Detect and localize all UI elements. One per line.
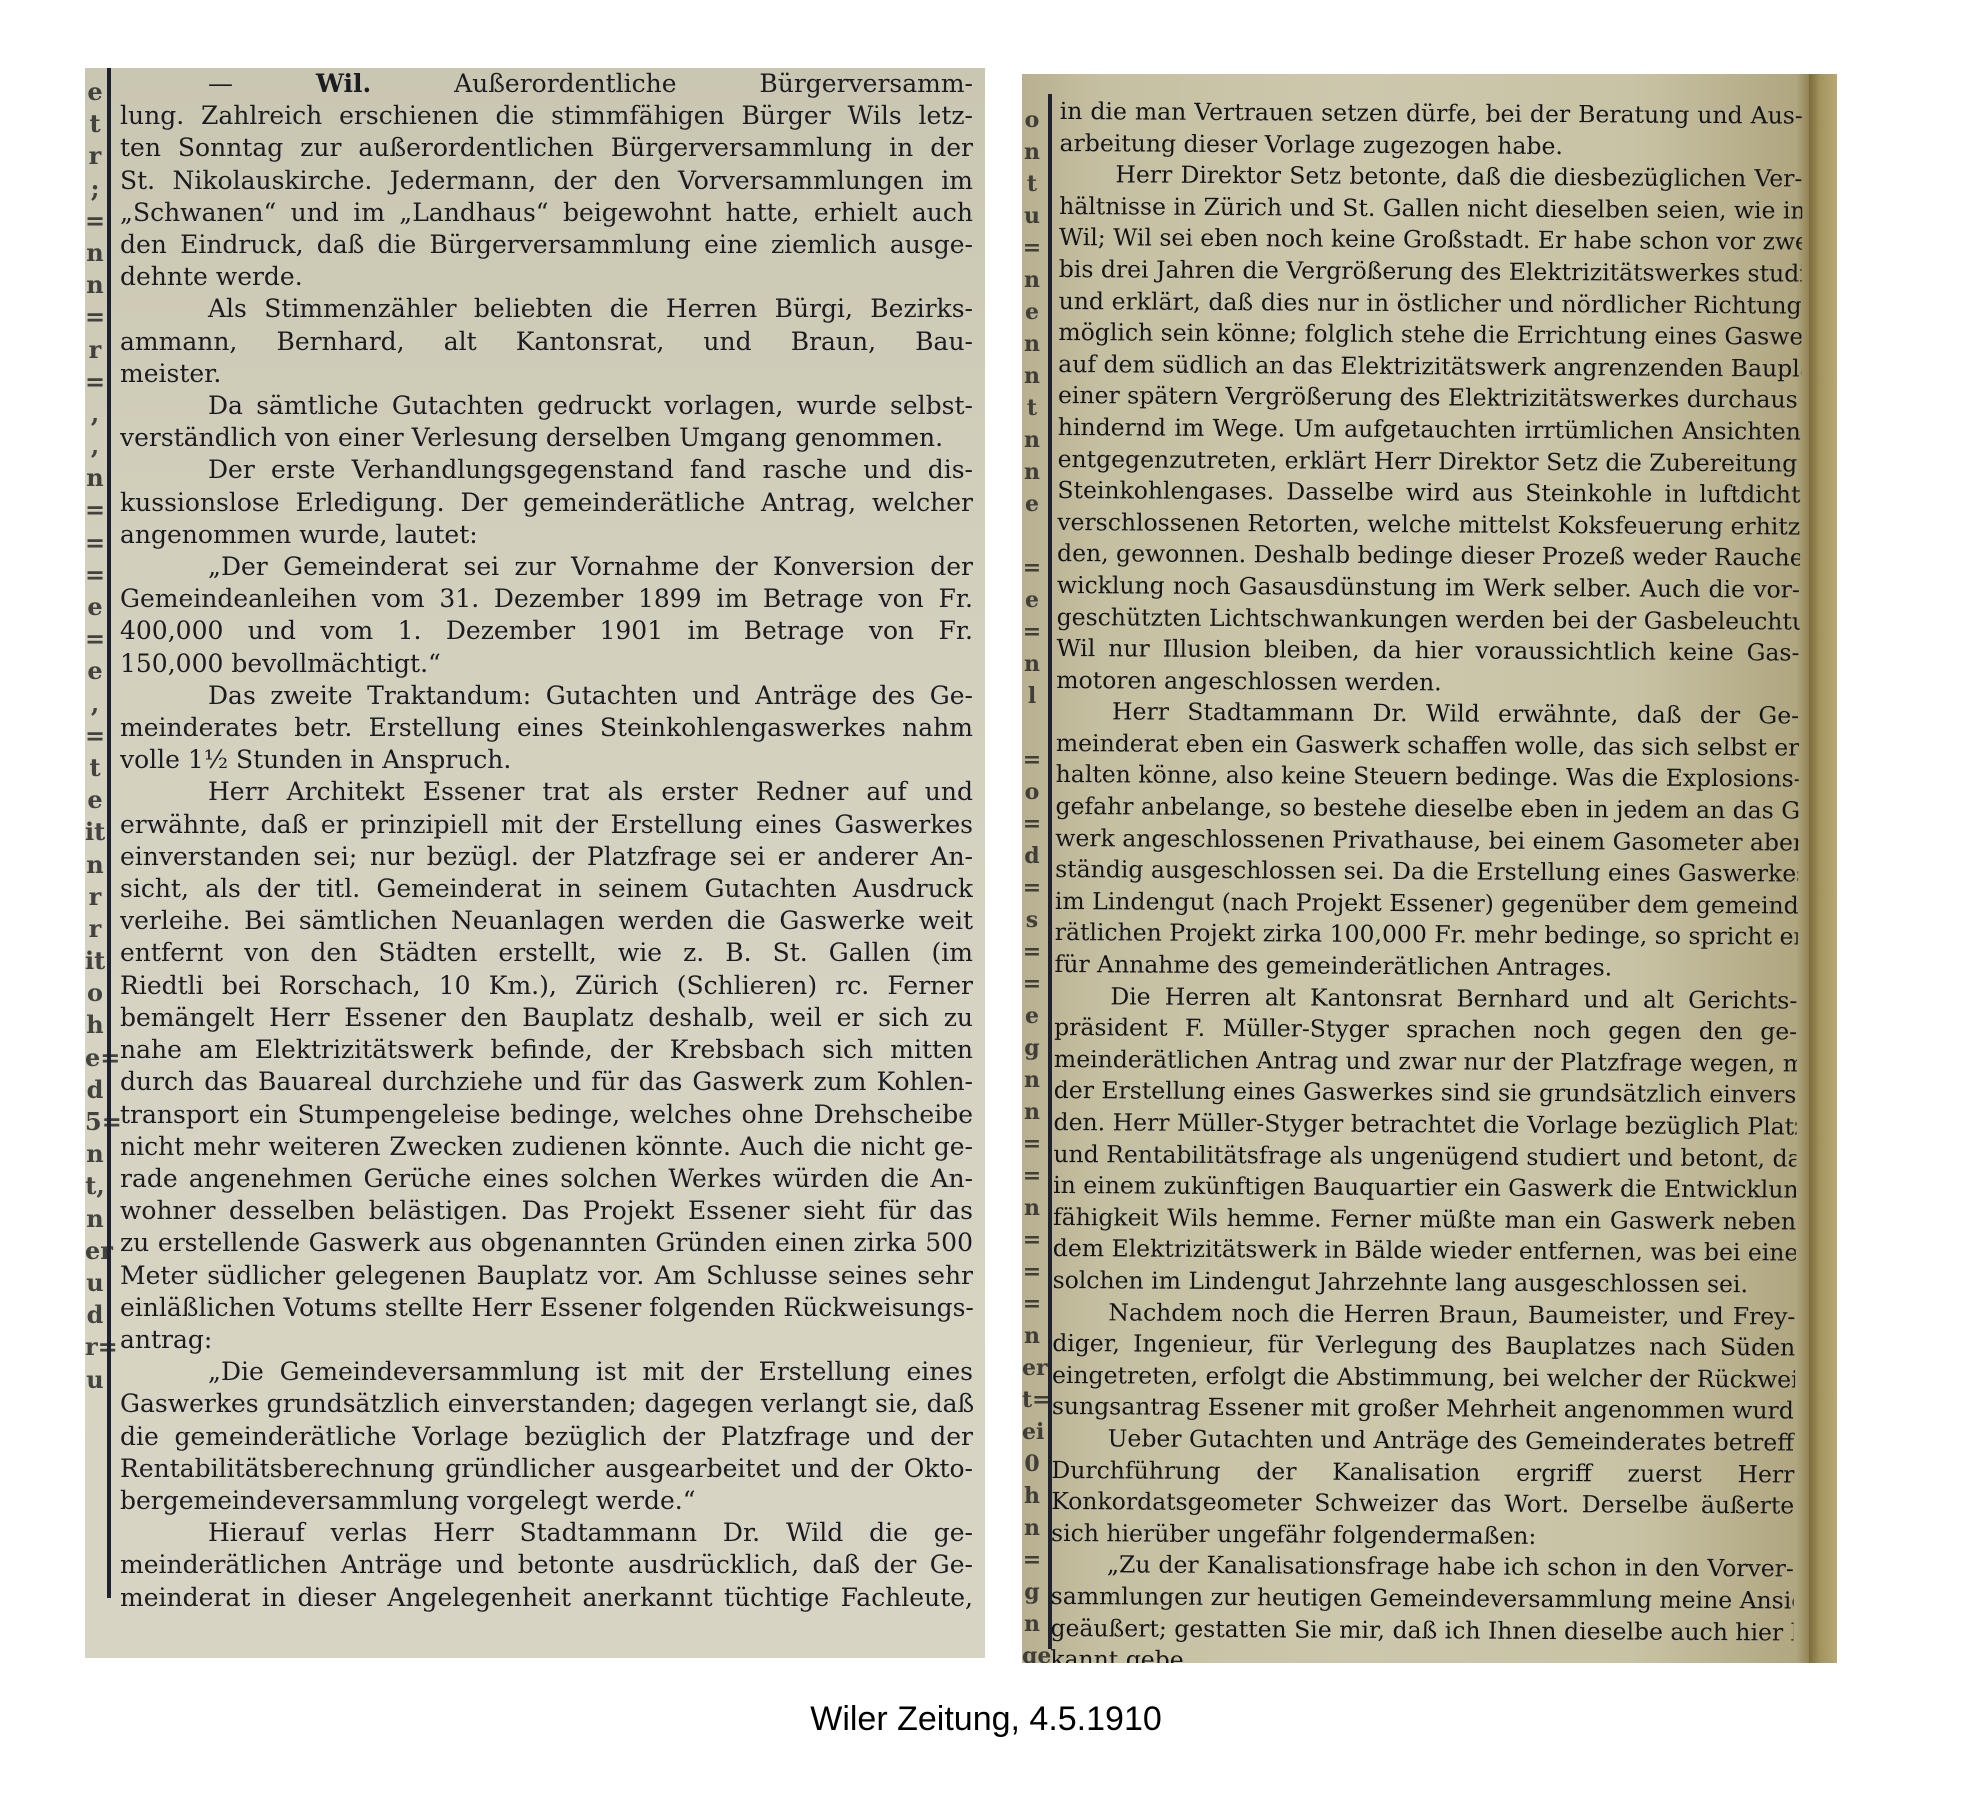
margin-fragment: n xyxy=(1022,648,1042,680)
text-line: wohner desselben belästigen. Das Projekt… xyxy=(120,1195,973,1227)
margin-fragment: n xyxy=(85,1203,105,1235)
text-line: rade angenehmen Gerüche eines solchen We… xyxy=(120,1163,973,1195)
headline-place: Wil. xyxy=(316,69,371,98)
text-line: nicht mehr weiteren Zwecken zudienen kön… xyxy=(120,1131,973,1163)
margin-fragment: = xyxy=(1022,872,1042,904)
margin-fragment: e xyxy=(85,655,105,687)
text-line: nahe am Elektrizitätswerk befinde, der K… xyxy=(120,1034,973,1066)
margin-fragment: = xyxy=(85,366,105,398)
margin-fragment: n xyxy=(1022,136,1042,168)
text-line: angenommen wurde, lautet: xyxy=(120,519,973,551)
headline-line: — Wil. Außerordentliche Bürgerversamm- xyxy=(120,68,973,100)
text-line: arbeitung dieser Vorlage zugezogen habe. xyxy=(1059,128,1802,164)
margin-fragment: er xyxy=(1022,1352,1042,1384)
text-line: präsident F. Müller-Styger sprachen noch… xyxy=(1054,1012,1797,1048)
text-line: meister. xyxy=(120,358,973,390)
text-line: meinderat in dieser Angelegenheit anerka… xyxy=(120,1582,973,1614)
margin-fragment: = xyxy=(85,527,105,559)
text-line: ständig ausgeschlossen sei. Da die Erste… xyxy=(1055,854,1798,890)
margin-fragment: = xyxy=(1022,1128,1042,1160)
margin-fragment: it xyxy=(85,945,105,977)
margin-fragment: h xyxy=(1022,1480,1042,1512)
text-line: bemängelt Herr Essener den Bauplatz desh… xyxy=(120,1002,973,1034)
text-line: für Annahme des gemeinderätlichen Antrag… xyxy=(1054,949,1797,985)
margin-fragment: r= xyxy=(85,1331,105,1363)
text-line: diger, Ingenieur, für Verlegung des Baup… xyxy=(1052,1328,1795,1364)
article-column-left: der Schularbeit. — Wil. Außerordentliche… xyxy=(120,68,973,1614)
text-line: entfernt von den Städten erstellt, wie z… xyxy=(120,937,973,969)
margin-fragment: = xyxy=(1022,744,1042,776)
text-line: den. Herr Müller-Styger betrachtet die V… xyxy=(1053,1107,1796,1143)
text-line: eingetreten, erfolgt die Abstimmung, bei… xyxy=(1052,1360,1795,1396)
headline-dash: — xyxy=(208,69,233,98)
text-line: Herr Architekt Essener trat als erster R… xyxy=(120,776,973,808)
margin-fragment: = xyxy=(85,623,105,655)
margin-fragment: n xyxy=(85,237,105,269)
margin-fragment: , xyxy=(85,430,105,462)
margin-fragment: e xyxy=(85,76,105,108)
margin-fragment: = xyxy=(85,301,105,333)
margin-fragment: r xyxy=(85,881,105,913)
text-line: St. Nikolauskirche. Jedermann, der den V… xyxy=(120,165,973,197)
text-line: kussionslose Erledigung. Der gemeinderät… xyxy=(120,487,973,519)
text-line: Herr Stadtammann Dr. Wild erwähnte, daß … xyxy=(1056,696,1799,732)
text-line: hältnisse in Zürich und St. Gallen nicht… xyxy=(1059,191,1802,227)
margin-fragment: e xyxy=(85,784,105,816)
margin-fragment: u xyxy=(1022,200,1042,232)
headline-title: Außerordentliche Bürgerversamm- xyxy=(454,69,973,98)
text-line: halten könne, also keine Steuern bedinge… xyxy=(1056,759,1799,795)
adjacent-column-fragment-left: etr;=nn=r=,,n===e=e,=teitnrritohe=d5=nt,… xyxy=(85,68,105,1658)
margin-fragment: = xyxy=(1022,808,1042,840)
text-line: Der erste Verhandlungsgegenstand fand ra… xyxy=(120,454,973,486)
margin-fragment: d xyxy=(85,1299,105,1331)
text-line: auf dem südlich an das Elektrizitätswerk… xyxy=(1058,349,1801,385)
text-line: die gemeinderätliche Vorlage bezüglich d… xyxy=(120,1421,973,1453)
text-line: „Zu der Kanalisationsfrage habe ich scho… xyxy=(1051,1549,1794,1585)
text-line: Steinkohlengases. Dasselbe wird aus Stei… xyxy=(1057,475,1800,511)
adjacent-column-fragment-right: ontu=nenntnne=e=nl=o=d=s==egnn==n===nert… xyxy=(1022,74,1042,1663)
margin-fragment: e xyxy=(1022,488,1042,520)
margin-fragment: u xyxy=(85,1364,105,1396)
text-line: im Lindengut (nach Projekt Essener) gege… xyxy=(1055,886,1798,922)
text-line: meinderat eben ein Gaswerk schaffen woll… xyxy=(1056,728,1799,764)
text-line: ten Sonntag zur außerordentlichen Bürger… xyxy=(120,132,973,164)
margin-fragment: = xyxy=(1022,232,1042,264)
margin-fragment: = xyxy=(85,494,105,526)
margin-fragment: n xyxy=(1022,1512,1042,1544)
text-line: Wil; Wil sei eben noch keine Großstadt. … xyxy=(1059,222,1802,258)
margin-fragment: e xyxy=(85,591,105,623)
book-binding-edge xyxy=(1809,74,1837,1663)
text-line: „Der Gemeinderat sei zur Vornahme der Ko… xyxy=(120,551,973,583)
margin-fragment: u xyxy=(85,1267,105,1299)
margin-fragment: n xyxy=(1022,424,1042,456)
margin-fragment: = xyxy=(1022,1288,1042,1320)
margin-fragment: ge xyxy=(1022,1640,1042,1663)
text-line: in die man Vertrauen setzen dürfe, bei d… xyxy=(1060,96,1803,132)
text-line: ammann, Bernhard, alt Kantonsrat, und Br… xyxy=(120,326,973,358)
image-caption: Wiler Zeitung, 4.5.1910 xyxy=(0,1700,1972,1739)
text-line: „Schwanen“ und im „Landhaus“ beigewohnt … xyxy=(120,197,973,229)
text-line: Konkordatsgeometer Schweizer das Wort. D… xyxy=(1051,1486,1794,1522)
text-line: lung. Zahlreich erschienen die stimmfähi… xyxy=(120,100,973,132)
margin-fragment: = xyxy=(85,205,105,237)
margin-fragment: n xyxy=(1022,1096,1042,1128)
margin-fragment: e xyxy=(1022,1000,1042,1032)
text-line: einverstanden sei; nur bezügl. der Platz… xyxy=(120,841,973,873)
text-line: entgegenzutreten, erklärt Herr Direktor … xyxy=(1058,444,1801,480)
text-line: sammlungen zur heutigen Gemeindeversamml… xyxy=(1051,1581,1794,1617)
margin-fragment: , xyxy=(85,688,105,720)
newspaper-scan-right: ontu=nenntnne=e=nl=o=d=s==egnn==n===nert… xyxy=(1022,74,1837,1663)
text-line: sungsantrag Essener mit großer Mehrheit … xyxy=(1052,1391,1795,1427)
text-line: hindernd im Wege. Um aufgetauchten irrtü… xyxy=(1058,412,1801,448)
margin-fragment: r xyxy=(85,913,105,945)
margin-fragment: = xyxy=(1022,1160,1042,1192)
margin-fragment: = xyxy=(1022,1224,1042,1256)
text-line: 400,000 und vom 1. Dezember 1901 im Betr… xyxy=(120,615,973,647)
margin-fragment: = xyxy=(1022,1256,1042,1288)
margin-fragment: h xyxy=(85,1009,105,1041)
margin-fragment xyxy=(1022,712,1042,744)
margin-fragment: , xyxy=(85,398,105,430)
text-line: Das zweite Traktandum: Gutachten und Ant… xyxy=(120,680,973,712)
text-line: Gemeindeanleihen vom 31. Dezember 1899 i… xyxy=(120,583,973,615)
text-line: verständlich von einer Verlesung derselb… xyxy=(120,422,973,454)
text-line: und erklärt, daß dies nur in östlicher u… xyxy=(1059,286,1802,322)
text-line: erwähnte, daß er prinzipiell mit der Ers… xyxy=(120,809,973,841)
newspaper-scan-left: etr;=nn=r=,,n===e=e,=teitnrritohe=d5=nt,… xyxy=(85,68,985,1658)
text-line: und Rentabilitätsfrage als ungenügend st… xyxy=(1053,1139,1796,1175)
text-line: sicht, als der titl. Gemeinderat in sein… xyxy=(120,873,973,905)
margin-fragment: t xyxy=(1022,168,1042,200)
text-line: verschlossenen Retorten, welche mittelst… xyxy=(1057,507,1800,543)
text-line: Gaswerkes grundsätzlich einverstanden; d… xyxy=(120,1388,973,1420)
margin-fragment: o xyxy=(1022,776,1042,808)
margin-fragment: n xyxy=(1022,360,1042,392)
margin-fragment: = xyxy=(1022,552,1042,584)
article-column-right: in die man Vertrauen setzen dürfe, bei d… xyxy=(1050,74,1803,1663)
text-line: Rentabilitätsberechnung gründlicher ausg… xyxy=(120,1453,973,1485)
margin-fragment: s xyxy=(1022,904,1042,936)
text-line: in einem zukünftigen Bauquartier ein Gas… xyxy=(1053,1170,1796,1206)
margin-fragment: t xyxy=(85,108,105,140)
text-line: Herr Direktor Setz betonte, daß die dies… xyxy=(1059,159,1802,195)
text-line: volle 1½ Stunden in Anspruch. xyxy=(120,744,973,776)
text-line: „Die Gemeindeversammlung ist mit der Ers… xyxy=(120,1356,973,1388)
text-line: werk angeschlossenen Privathause, bei ei… xyxy=(1055,823,1798,859)
text-line: Ueber Gutachten und Anträge des Gemeinde… xyxy=(1052,1423,1795,1459)
margin-fragment: n xyxy=(1022,328,1042,360)
text-line: Riedtli bei Rorschach, 10 Km.), Zürich (… xyxy=(120,970,973,1002)
margin-fragment: = xyxy=(1022,968,1042,1000)
margin-fragment xyxy=(1022,520,1042,552)
text-line: Als Stimmenzähler beliebten die Herren B… xyxy=(120,293,973,325)
margin-fragment: r xyxy=(85,334,105,366)
text-line: Hierauf verlas Herr Stadtammann Dr. Wild… xyxy=(120,1517,973,1549)
margin-fragment: d xyxy=(1022,840,1042,872)
margin-fragment: n xyxy=(1022,264,1042,296)
margin-fragment: n xyxy=(1022,1064,1042,1096)
text-line: Die Herren alt Kantonsrat Bernhard und a… xyxy=(1054,981,1797,1017)
column-rule xyxy=(107,68,111,1598)
text-line: Durchführung der Kanalisation ergriff zu… xyxy=(1051,1455,1794,1491)
text-line: einläßlichen Votums stellte Herr Essener… xyxy=(120,1292,973,1324)
margin-fragment: = xyxy=(1022,1544,1042,1576)
text-line: dem Elektrizitätswerk in Bälde wieder en… xyxy=(1053,1233,1796,1269)
margin-fragment: n xyxy=(85,1138,105,1170)
text-line: einer spätern Vergrößerung des Elektrizi… xyxy=(1058,380,1801,416)
margin-fragment: t xyxy=(85,752,105,784)
text-line: wicklung noch Gasausdünstung im Werk sel… xyxy=(1057,570,1800,606)
text-line: durch das Bauareal durchziehe und für da… xyxy=(120,1066,973,1098)
text-line: den Eindruck, daß die Bürgerversammlung … xyxy=(120,229,973,261)
margin-fragment: l xyxy=(1022,680,1042,712)
text-line: der Erstellung eines Gaswerkes sind sie … xyxy=(1054,1075,1797,1111)
margin-fragment: t= xyxy=(1022,1384,1042,1416)
margin-fragment: t, xyxy=(85,1170,105,1202)
text-line: gefahr anbelange, so bestehe dieselbe eb… xyxy=(1055,791,1798,827)
margin-fragment: g xyxy=(1022,1576,1042,1608)
text-line: geschützten Lichtschwankungen werden bei… xyxy=(1057,601,1800,637)
margin-fragment: n xyxy=(1022,1192,1042,1224)
margin-fragment: t xyxy=(1022,392,1042,424)
text-line: meinderätlichen Antrag und zwar nur der … xyxy=(1054,1044,1797,1080)
text-line: fähigkeit Wils hemme. Ferner müßte man e… xyxy=(1053,1202,1796,1238)
text-line: meinderates betr. Erstellung eines Stein… xyxy=(120,712,973,744)
margin-fragment: o xyxy=(85,977,105,1009)
margin-fragment: n xyxy=(85,849,105,881)
text-line: dehnte werde. xyxy=(120,261,973,293)
text-line: Wil nur Illusion bleiben, da hier voraus… xyxy=(1056,633,1799,669)
text-line: zu erstellende Gaswerk aus obgenannten G… xyxy=(120,1227,973,1259)
text-line: geäußert; gestatten Sie mir, daß ich Ihn… xyxy=(1050,1612,1793,1648)
text-line: bis drei Jahren die Vergrößerung des Ele… xyxy=(1059,254,1802,290)
margin-fragment: er xyxy=(85,1235,105,1267)
margin-fragment: r xyxy=(85,140,105,172)
margin-fragment: 5= xyxy=(85,1106,105,1138)
text-line: rätlichen Projekt zirka 100,000 Fr. mehr… xyxy=(1055,917,1798,953)
margin-fragment: = xyxy=(85,559,105,591)
text-line: solchen im Lindengut Jahrzehnte lang aus… xyxy=(1053,1265,1796,1301)
text-line: bergemeindeversammlung vorgelegt werde.“ xyxy=(120,1485,973,1517)
margin-fragment: = xyxy=(1022,616,1042,648)
margin-fragment: it xyxy=(85,816,105,848)
text-line: sich hierüber ungefähr folgendermaßen: xyxy=(1051,1518,1794,1554)
text-line: meinderätlichen Anträge und betonte ausd… xyxy=(120,1549,973,1581)
text-line: motoren angeschlossen werden. xyxy=(1056,665,1799,701)
margin-fragment: g xyxy=(1022,1032,1042,1064)
margin-fragment: ei xyxy=(1022,1416,1042,1448)
text-line: den, gewonnen. Deshalb bedinge dieser Pr… xyxy=(1057,538,1800,574)
text-line: verleihe. Bei sämtlichen Neuanlagen werd… xyxy=(120,905,973,937)
margin-fragment: n xyxy=(85,269,105,301)
text-line: antrag: xyxy=(120,1324,973,1356)
margin-fragment: ; xyxy=(85,173,105,205)
margin-fragment: = xyxy=(1022,936,1042,968)
margin-fragment: n xyxy=(1022,1320,1042,1352)
margin-fragment: = xyxy=(85,720,105,752)
margin-fragment: e= xyxy=(85,1042,105,1074)
margin-fragment: e xyxy=(1022,584,1042,616)
margin-fragment: n xyxy=(85,462,105,494)
margin-fragment: o xyxy=(1022,104,1042,136)
text-line: Da sämtliche Gutachten gedruckt vorlagen… xyxy=(120,390,973,422)
text-line: möglich sein könne; folglich stehe die E… xyxy=(1058,317,1801,353)
margin-fragment: e xyxy=(1022,296,1042,328)
text-line: transport ein Stumpengeleise bedinge, we… xyxy=(120,1099,973,1131)
text-line: Nachdem noch die Herren Braun, Baumeiste… xyxy=(1052,1297,1795,1333)
margin-fragment: n xyxy=(1022,1608,1042,1640)
text-line: 150,000 bevollmächtigt.“ xyxy=(120,648,973,680)
margin-fragment: n xyxy=(1022,456,1042,488)
margin-fragment: 0 xyxy=(1022,1448,1042,1480)
text-line: Meter südlicher gelegenen Bauplatz vor. … xyxy=(120,1260,973,1292)
margin-fragment: d xyxy=(85,1074,105,1106)
